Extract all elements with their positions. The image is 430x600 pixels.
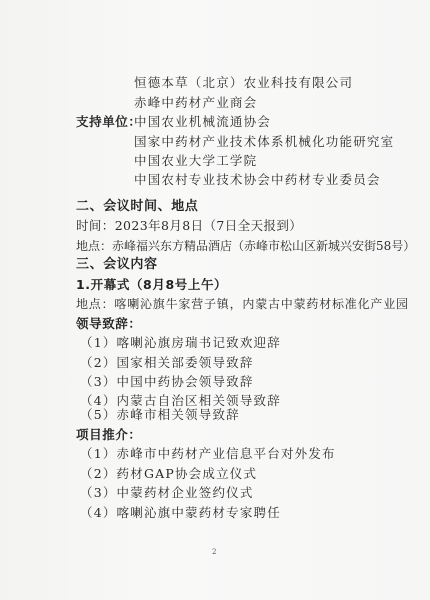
support-item: 中国农业大学工学院 (134, 153, 257, 169)
opening-title: 1.开幕式（8月8号上午） (76, 277, 227, 293)
meeting-place: 地点：赤峰福兴东方精品酒店（赤峰市松山区新城兴安街58号） (76, 238, 415, 254)
document-page: 恒德本草（北京）农业科技有限公司 赤峰中药材产业商会 支持单位： 中国农业机械流… (0, 0, 430, 600)
speeches-label: 领导致辞： (76, 316, 142, 332)
project-item: （2）药材GAP协会成立仪式 (80, 466, 257, 482)
opening-location: 地点：喀喇沁旗牛家营子镇，内蒙古中蒙药材标准化产业园 (76, 296, 409, 312)
project-item: （1）赤峰市中药材产业信息平台对外发布 (80, 446, 336, 462)
speech-item: （1）喀喇沁旗房瑞书记致欢迎辞 (80, 335, 281, 351)
speech-item: （2）国家相关部委领导致辞 (80, 355, 254, 371)
project-item: （4）喀喇沁旗中蒙药材专家聘任 (80, 505, 281, 521)
page-number: 2 (212, 548, 216, 556)
meeting-time: 时间：2023年8月8日（7日全天报到） (76, 218, 302, 234)
section-heading: 二、会议时间、地点 (76, 199, 198, 215)
support-item: 国家中药材产业技术体系机械化功能研究室 (134, 134, 394, 150)
support-item: 中国农业机械流通协会 (134, 114, 271, 130)
speech-item: （5）赤峰市相关领导致辞 (80, 407, 240, 423)
project-item: （3）中蒙药材企业签约仪式 (80, 485, 254, 501)
support-item: 中国农村专业技术协会中药材专业委员会 (134, 172, 381, 188)
speech-item: （3）中国中药协会领导致辞 (80, 374, 254, 390)
organizer-line: 赤峰中药材产业商会 (134, 95, 257, 111)
section-heading: 三、会议内容 (76, 257, 158, 273)
projects-label: 项目推介： (76, 427, 142, 443)
organizer-line: 恒德本草（北京）农业科技有限公司 (134, 75, 353, 91)
support-label: 支持单位： (76, 114, 142, 130)
